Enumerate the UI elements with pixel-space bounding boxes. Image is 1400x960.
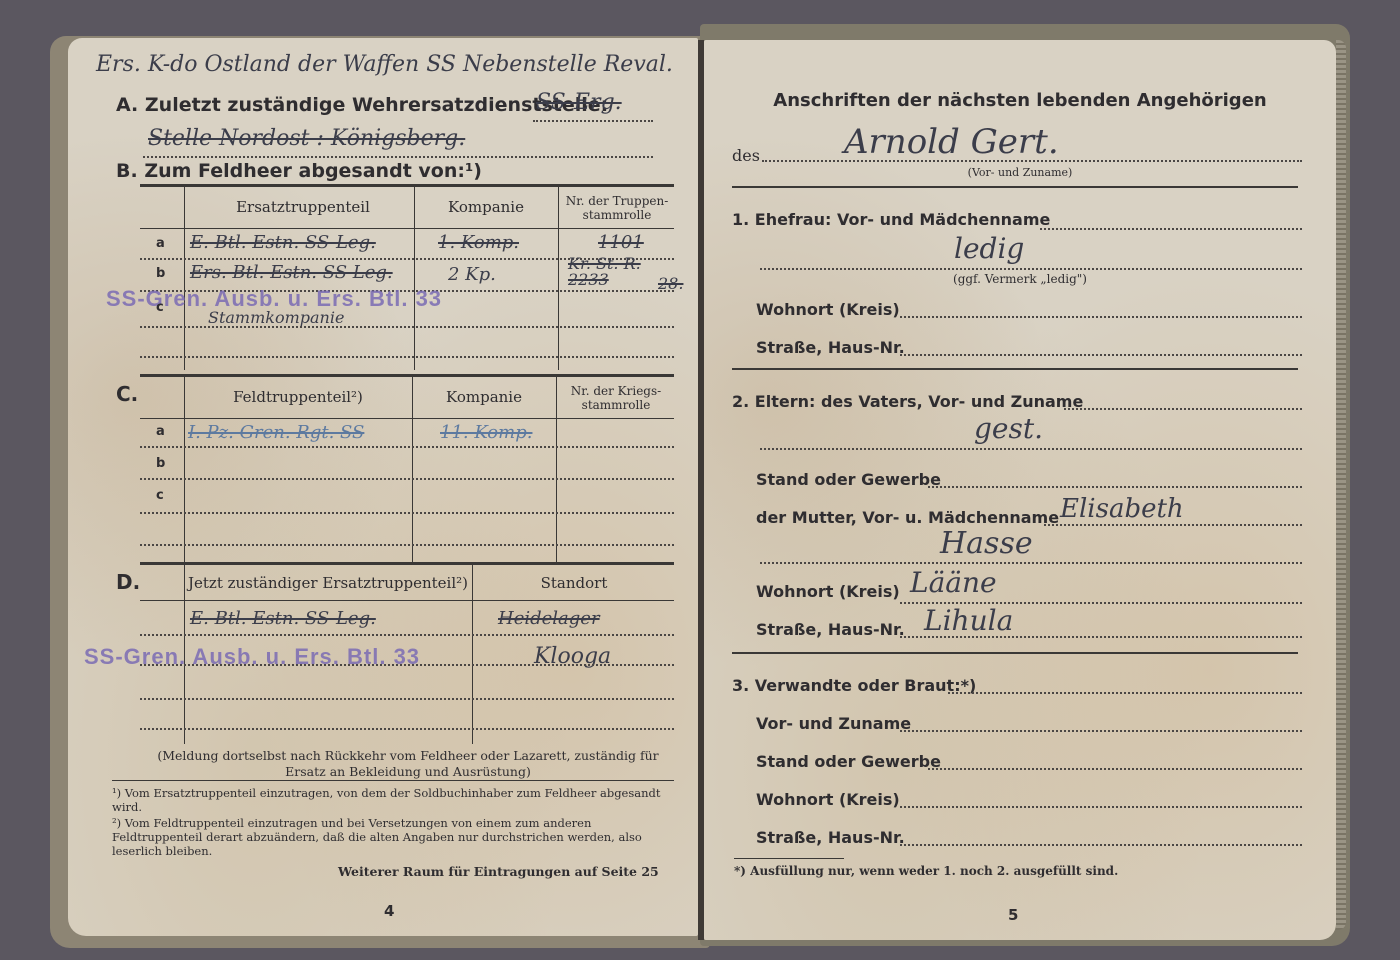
row-letter: a [156, 236, 165, 251]
col-header-jetzt-zustaendig: Jetzt zuständiger Ersatztruppenteil²) [188, 574, 468, 592]
col-header-kompanie: Kompanie [416, 388, 552, 406]
relative-wohnort-label: Wohnort (Kreis) [756, 790, 900, 809]
relative-name-label: Vor- und Zuname [756, 714, 911, 733]
wife-value: ledig [954, 232, 1024, 265]
page-edges [1336, 40, 1346, 930]
b-row-a-company: 1. Komp. [438, 232, 519, 253]
section-c-label: C. [116, 382, 138, 406]
section-d-label: D. [116, 570, 140, 594]
section-b-label: B. Zum Feldheer abgesandt von:¹) [116, 160, 482, 182]
parents-strasse-value: Lihula [924, 604, 1013, 637]
col-header-feldtruppenteil: Feldtruppenteil²) [188, 388, 408, 406]
row-letter: b [156, 266, 165, 281]
row-letter: a [156, 424, 165, 439]
des-label: des [732, 146, 760, 165]
section-a-label: A. Zuletzt zuständige Wehrersatzdienstst… [116, 94, 608, 116]
section-a-value-2: Stelle Nordost : Königsberg. [148, 126, 465, 151]
name-caption: (Vor- und Zuname) [704, 166, 1336, 179]
c-row-a-unit: I. Pz. Gren. Rgt. SS [188, 422, 364, 443]
section-d-note: (Meldung dortselbst nach Rückkehr vom Fe… [138, 748, 678, 780]
parents-wohnort-value: Lääne [910, 566, 997, 599]
b-row-b-number: Kr. St. R. 2233 [568, 256, 668, 288]
b-row-a-number: 1101 [598, 232, 644, 253]
mother-last-name: Hasse [940, 526, 1033, 561]
col-header-kriegsstammrolle: Nr. der Kriegs-stammrolle [560, 384, 672, 412]
col-header-ersatztruppenteil: Ersatztruppenteil [198, 198, 408, 216]
continuation-note: Weiterer Raum für Eintragungen auf Seite… [338, 864, 659, 879]
footnote-2: ²) Vom Feldtruppenteil einzutragen und b… [112, 816, 672, 858]
parents-wohnort-label: Wohnort (Kreis) [756, 582, 900, 601]
row-letter: c [156, 488, 164, 503]
section-a-value-1: SS-Erg. [536, 90, 622, 115]
right-page: Anschriften der nächsten lebenden Angehö… [704, 40, 1336, 940]
footnote-right: *) Ausfüllung nur, wenn weder 1. noch 2.… [734, 864, 1118, 878]
col-header-standort: Standort [476, 574, 672, 592]
left-page: Ers. K-do Ostland der Waffen SS Nebenste… [68, 38, 698, 936]
right-page-title: Anschriften der nächsten lebenden Angehö… [704, 90, 1336, 111]
row-letter: c [156, 300, 164, 315]
footnote-1: ¹) Vom Ersatztruppenteil einzutragen, vo… [112, 786, 672, 814]
section-1-label: 1. Ehefrau: Vor- und Mädchenname [732, 210, 1050, 229]
b-row-a-unit: E. Btl. Estn. SS-Leg. [190, 232, 376, 253]
row-letter: b [156, 456, 165, 471]
parents-strasse-label: Straße, Haus-Nr. [756, 620, 905, 639]
ledig-caption: (ggf. Vermerk „ledig") [704, 272, 1336, 286]
page-number-left: 4 [384, 902, 394, 920]
wife-strasse-label: Straße, Haus-Nr. [756, 338, 905, 357]
relative-strasse-label: Straße, Haus-Nr. [756, 828, 905, 847]
d-row-1-location: Heidelager [498, 608, 600, 629]
mother-label: der Mutter, Vor- u. Mädchenname [756, 508, 1059, 527]
col-header-kompanie: Kompanie [418, 198, 554, 216]
d-row-1-unit: E. Btl. Estn. SS-Leg. [190, 608, 376, 629]
unit-stamp-d: SS-Gren. Ausb. u. Ers. Btl. 33 [84, 644, 420, 670]
c-row-a-company: 11. Komp. [440, 422, 532, 443]
section-3-label: 3. Verwandte oder Braut:*) [732, 676, 976, 695]
b-row-b-company: 2 Kp. [448, 264, 496, 285]
father-value: gest. [974, 412, 1043, 445]
col-header-stammrolle: Nr. der Truppen-stammrolle [562, 194, 672, 222]
b-row-b-unit: Ers. Btl. Estn. SS Leg. [190, 262, 393, 283]
wife-wohnort-label: Wohnort (Kreis) [756, 300, 900, 319]
soldier-name: Arnold Gert. [844, 122, 1059, 162]
handwritten-header: Ers. K-do Ostland der Waffen SS Nebenste… [96, 52, 673, 77]
relative-stand-label: Stand oder Gewerbe [756, 752, 941, 771]
b-row-c-unit: Stammkompanie [208, 308, 344, 327]
page-number-right: 5 [1008, 906, 1018, 924]
mother-first-name: Elisabeth [1060, 494, 1184, 524]
father-stand-label: Stand oder Gewerbe [756, 470, 941, 489]
section-2-label: 2. Eltern: des Vaters, Vor- und Zuname [732, 392, 1083, 411]
